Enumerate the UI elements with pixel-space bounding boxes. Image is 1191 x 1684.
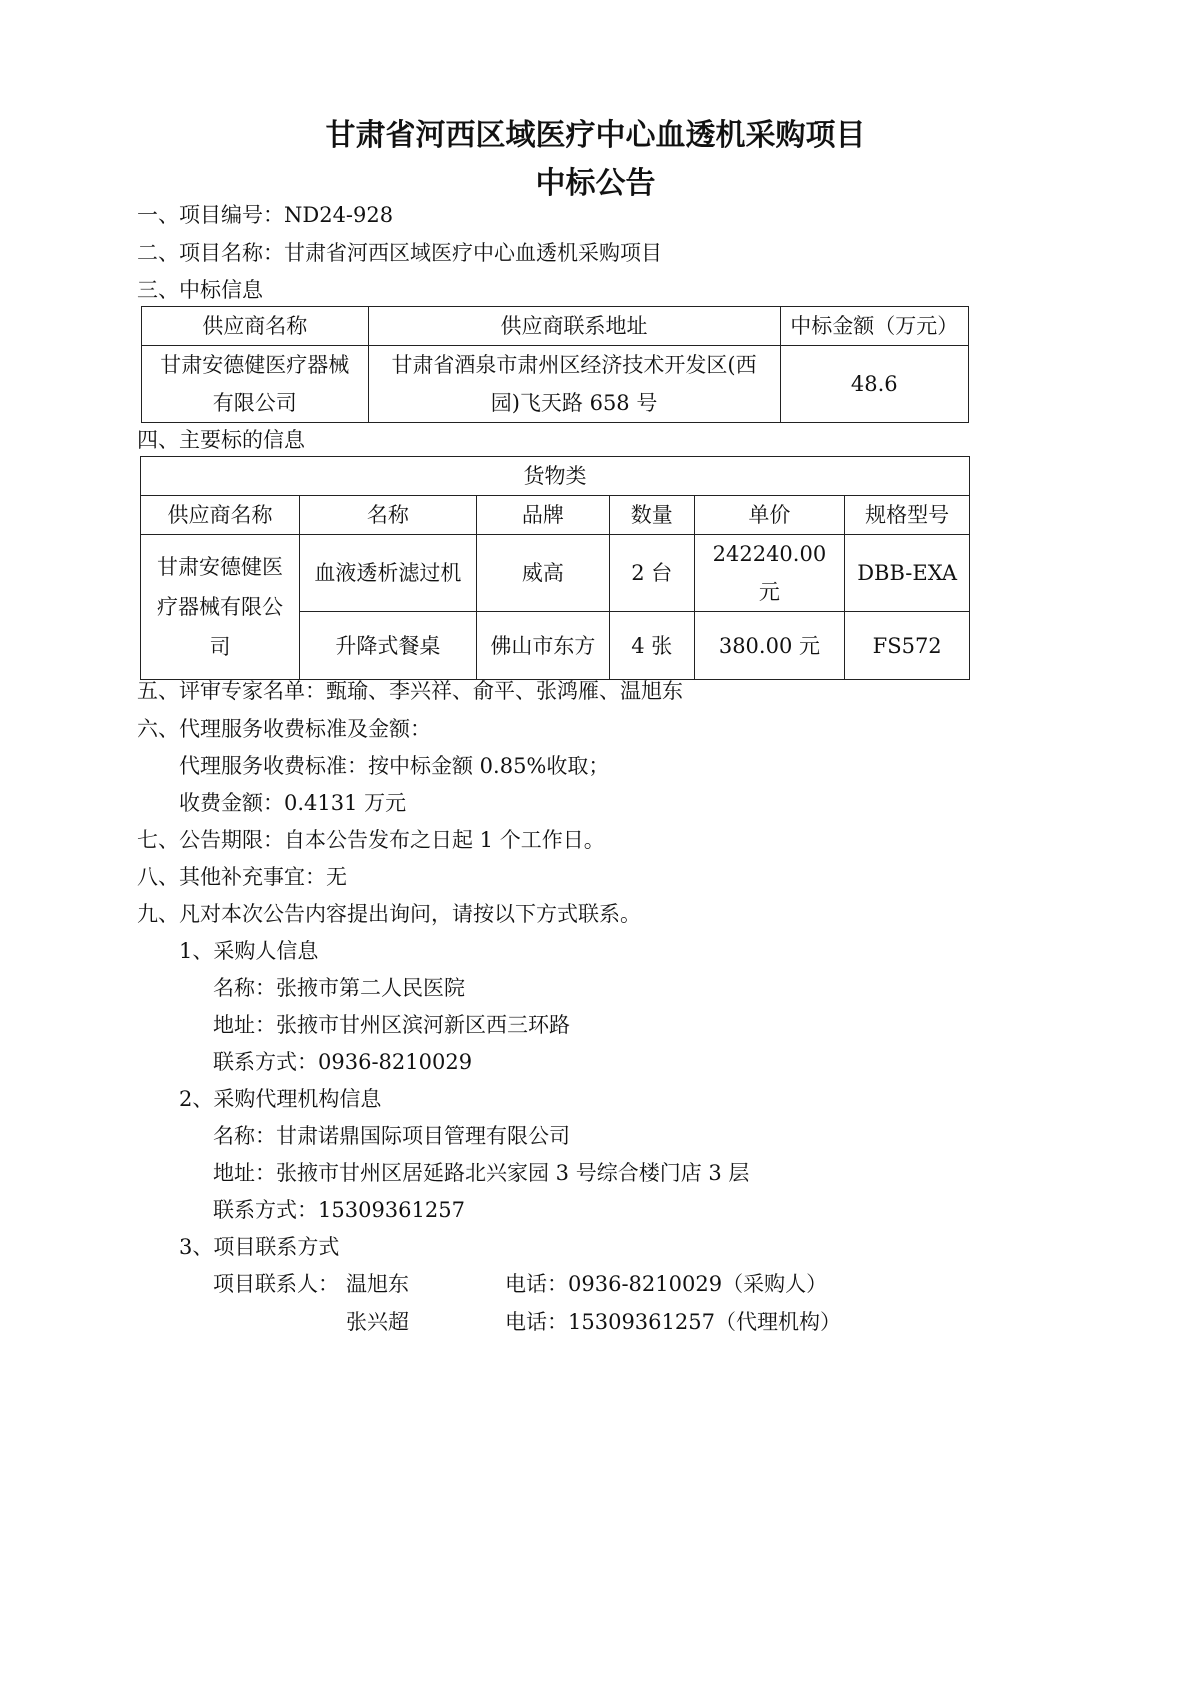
agency-heading: 2、采购代理机构信息 — [179, 1086, 381, 1112]
goods-info-heading: 四、主要标的信息 — [137, 427, 305, 453]
agency-name: 名称：甘肃诺鼎国际项目管理有限公司 — [213, 1123, 570, 1149]
category-row: 货物类 — [141, 457, 970, 496]
purchaser-address: 地址：张掖市甘州区滨河新区西三环路 — [213, 1012, 570, 1038]
header-address: 供应商联系地址 — [368, 307, 780, 346]
header-model: 规格型号 — [845, 496, 970, 535]
contact-phone-1: 电话：0936-8210029（采购人） — [505, 1271, 827, 1297]
item-price: 380.00 元 — [694, 612, 845, 680]
document-title: 甘肃省河西区域医疗中心血透机采购项目 — [0, 110, 1191, 154]
table-header-row: 供应商名称 供应商联系地址 中标金额（万元） — [142, 307, 969, 346]
item-qty: 4 张 — [609, 612, 694, 680]
project-contact-heading: 3、项目联系方式 — [179, 1234, 339, 1260]
other-matters: 八、其他补充事宜：无 — [137, 864, 347, 890]
item-name: 血液透析滤过机 — [299, 535, 476, 612]
item-name: 升降式餐桌 — [299, 612, 476, 680]
item-price: 242240.00 元 — [694, 535, 845, 612]
purchaser-phone: 联系方式：0936-8210029 — [213, 1049, 472, 1075]
header-amount: 中标金额（万元） — [780, 307, 968, 346]
item-qty: 2 台 — [609, 535, 694, 612]
item-model: DBB-EXA — [845, 535, 970, 612]
purchaser-name: 名称：张掖市第二人民医院 — [213, 975, 465, 1001]
header-supplier: 供应商名称 — [141, 496, 300, 535]
award-table: 供应商名称 供应商联系地址 中标金额（万元） 甘肃安德健医疗器械 有限公司 甘肃… — [141, 306, 969, 423]
fee-standard: 代理服务收费标准：按中标金额 0.85%收取； — [179, 753, 609, 779]
header-supplier: 供应商名称 — [142, 307, 369, 346]
table-header-row: 供应商名称 名称 品牌 数量 单价 规格型号 — [141, 496, 970, 535]
project-contact-label: 项目联系人： — [213, 1271, 339, 1297]
document-subtitle: 中标公告 — [0, 158, 1191, 202]
fee-amount: 收费金额：0.4131 万元 — [179, 790, 406, 816]
header-name: 名称 — [299, 496, 476, 535]
header-brand: 品牌 — [476, 496, 609, 535]
expert-list: 五、评审专家名单：甄瑜、李兴祥、俞平、张鸿雁、温旭东 — [137, 678, 683, 704]
supplier-cell: 甘肃安德健医 疗器械有限公 司 — [141, 535, 300, 680]
category-cell: 货物类 — [141, 457, 970, 496]
agency-phone: 联系方式：15309361257 — [213, 1197, 465, 1223]
agency-address: 地址：张掖市甘州区居延路北兴家园 3 号综合楼门店 3 层 — [213, 1160, 749, 1186]
contact-phone-2: 电话：15309361257（代理机构） — [505, 1309, 841, 1335]
project-number: 一、项目编号：ND24-928 — [137, 202, 393, 228]
goods-table: 货物类 供应商名称 名称 品牌 数量 单价 规格型号 甘肃安德健医 疗器械有限公… — [140, 456, 970, 680]
notice-period: 七、公告期限：自本公告发布之日起 1 个工作日。 — [137, 827, 605, 853]
amount-cell: 48.6 — [780, 346, 968, 423]
item-brand: 威高 — [476, 535, 609, 612]
project-name: 二、项目名称：甘肃省河西区域医疗中心血透机采购项目 — [137, 240, 662, 266]
contact-person-2: 张兴超 — [346, 1309, 409, 1335]
header-qty: 数量 — [609, 496, 694, 535]
table-row: 甘肃安德健医 疗器械有限公 司 血液透析滤过机 威高 2 台 242240.00… — [141, 535, 970, 612]
purchaser-heading: 1、采购人信息 — [179, 938, 318, 964]
table-row: 甘肃安德健医疗器械 有限公司 甘肃省酒泉市肃州区经济技术开发区(西 园)飞天路 … — [142, 346, 969, 423]
contact-heading: 九、凡对本次公告内容提出询问，请按以下方式联系。 — [137, 901, 641, 927]
header-price: 单价 — [694, 496, 845, 535]
contact-person-1: 温旭东 — [346, 1271, 409, 1297]
item-brand: 佛山市东方 — [476, 612, 609, 680]
award-info-heading: 三、中标信息 — [137, 277, 263, 303]
fee-heading: 六、代理服务收费标准及金额： — [137, 716, 431, 742]
supplier-cell: 甘肃安德健医疗器械 有限公司 — [142, 346, 369, 423]
item-model: FS572 — [845, 612, 970, 680]
address-cell: 甘肃省酒泉市肃州区经济技术开发区(西 园)飞天路 658 号 — [368, 346, 780, 423]
